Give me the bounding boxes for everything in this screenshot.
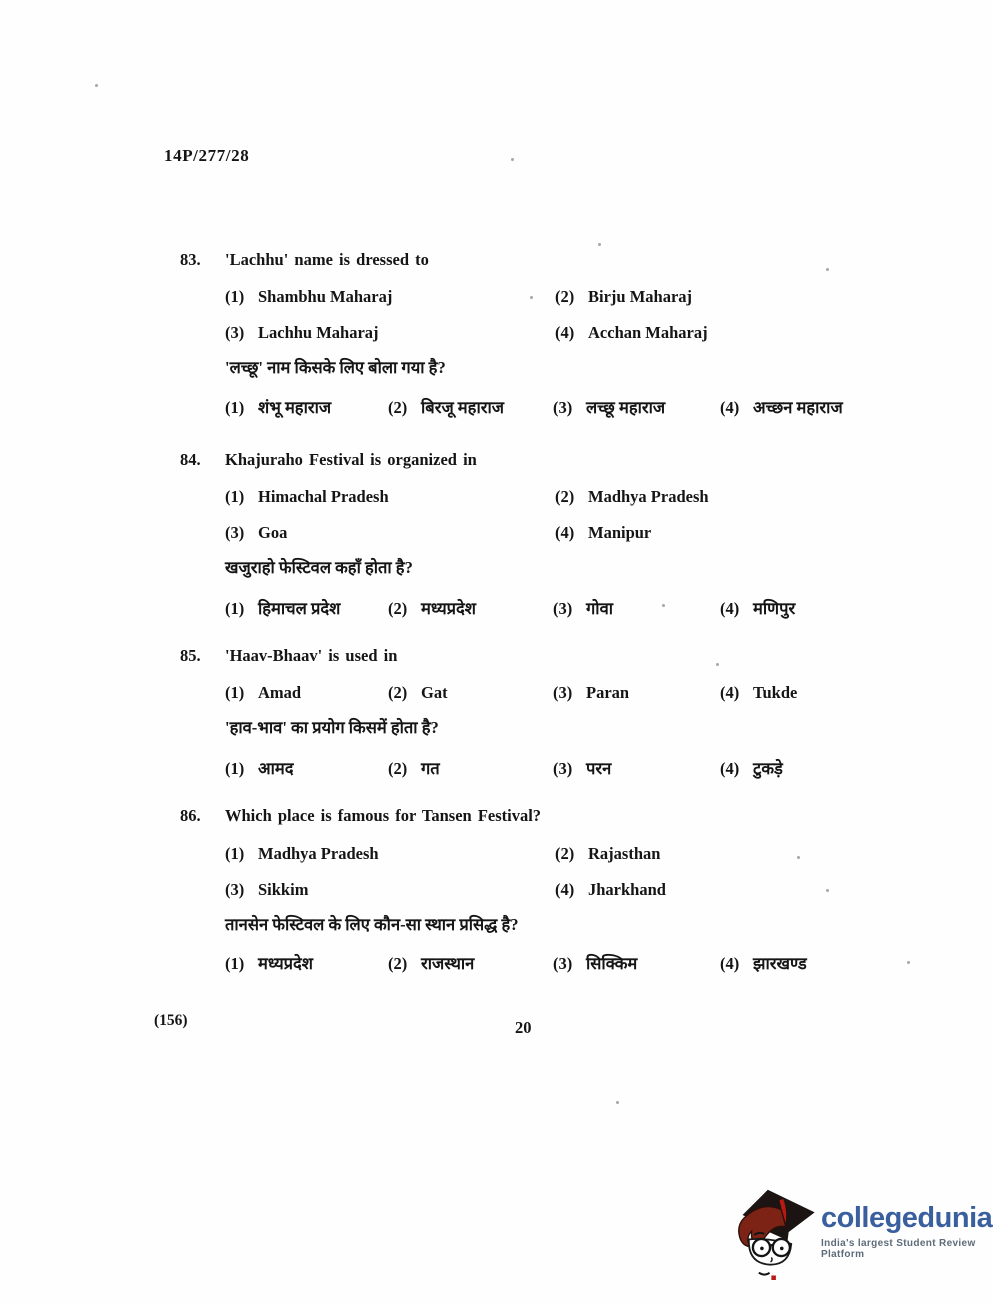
scan-speck bbox=[826, 268, 829, 271]
option-hi-2: (2)गत bbox=[388, 756, 440, 779]
question-text-hi: खजुराहो फेस्टिवल कहाँ होता है? bbox=[225, 555, 413, 578]
option-text: लच्छू महाराज bbox=[586, 398, 665, 417]
option-text: टुकड़े bbox=[753, 759, 783, 778]
brand-tagline: India's largest Student Review Platform bbox=[821, 1238, 993, 1260]
option-text: मणिपुर bbox=[753, 599, 795, 618]
option-en-1: (1)Amad bbox=[225, 683, 301, 703]
scan-speck bbox=[511, 158, 514, 161]
option-en-2: (2)Birju Maharaj bbox=[555, 287, 692, 307]
option-en-1: (1)Himachal Pradesh bbox=[225, 487, 389, 507]
scan-speck bbox=[662, 604, 665, 607]
option-text: सिक्किम bbox=[586, 954, 637, 973]
options-row-en-2: (3)Goa (4)Manipur bbox=[225, 523, 945, 549]
options-row-en-1: (1)Madhya Pradesh (2)Rajasthan bbox=[225, 844, 945, 870]
option-hi-4: (4)टुकड़े bbox=[720, 756, 783, 779]
options-row-en: (1)Amad (2)Gat (3)Paran (4)Tukde bbox=[225, 683, 945, 709]
option-hi-1: (1)शंभू महाराज bbox=[225, 395, 331, 418]
question-text-hi-row: 'हाव-भाव' का प्रयोग किसमें होता है? bbox=[225, 715, 945, 741]
question-text-en: 'Lachhu' name is dressed to bbox=[225, 250, 429, 269]
question-text-hi: तानसेन फेस्टिवल के लिए कौन-सा स्थान प्रस… bbox=[225, 912, 518, 935]
option-text: Jharkhand bbox=[588, 880, 666, 899]
option-label: (4) bbox=[555, 523, 588, 543]
option-text: गोवा bbox=[586, 599, 613, 618]
option-en-2: (2)Rajasthan bbox=[555, 844, 660, 864]
option-text: गत bbox=[421, 759, 440, 778]
scan-speck bbox=[797, 856, 800, 859]
question-text-hi-row: 'लच्छू' नाम किसके लिए बोला गया है? bbox=[225, 355, 945, 381]
option-text: राजस्थान bbox=[421, 954, 474, 973]
scan-speck bbox=[716, 663, 719, 666]
collegedunia-logo-text: collegedunia .com India's largest Studen… bbox=[821, 1188, 993, 1260]
scan-speck bbox=[530, 296, 533, 299]
option-label: (1) bbox=[225, 599, 258, 619]
paper-code: 14P/277/28 bbox=[164, 146, 249, 166]
option-en-2: (2)Gat bbox=[388, 683, 448, 703]
option-label: (3) bbox=[553, 759, 586, 779]
option-hi-4: (4)अच्छन महाराज bbox=[720, 395, 843, 418]
option-en-4: (4)Manipur bbox=[555, 523, 651, 543]
option-hi-3: (3)सिक्किम bbox=[553, 951, 637, 974]
scan-speck bbox=[598, 243, 601, 246]
question-text-en: Which place is famous for Tansen Festiva… bbox=[225, 806, 541, 825]
option-text: बिरजू महाराज bbox=[421, 398, 504, 417]
option-label: (1) bbox=[225, 759, 258, 779]
option-text: Paran bbox=[586, 683, 629, 702]
scan-speck bbox=[907, 961, 910, 964]
option-text: Goa bbox=[258, 523, 287, 542]
option-label: (2) bbox=[388, 759, 421, 779]
option-label: (1) bbox=[225, 954, 258, 974]
option-label: (4) bbox=[555, 323, 588, 343]
option-en-4: (4)Tukde bbox=[720, 683, 797, 703]
question-heading: 86.Which place is famous for Tansen Fest… bbox=[180, 806, 541, 826]
question-text-en: Khajuraho Festival is organized in bbox=[225, 450, 477, 469]
option-label: (3) bbox=[553, 398, 586, 418]
option-hi-4: (4)झारखण्ड bbox=[720, 951, 807, 974]
option-en-3: (3)Sikkim bbox=[225, 880, 308, 900]
option-hi-2: (2)राजस्थान bbox=[388, 951, 474, 974]
question-block-86: 86.Which place is famous for Tansen Fest… bbox=[0, 806, 993, 991]
option-text: आमद bbox=[258, 759, 294, 778]
options-row-hi: (1)आमद (2)गत (3)परन (4)टुकड़े bbox=[225, 756, 945, 782]
question-text-hi: 'हाव-भाव' का प्रयोग किसमें होता है? bbox=[225, 715, 439, 738]
option-en-1: (1)Shambhu Maharaj bbox=[225, 287, 392, 307]
booklet-series: (156) bbox=[154, 1012, 188, 1030]
option-text: अच्छन महाराज bbox=[753, 398, 843, 417]
option-label: (2) bbox=[555, 487, 588, 507]
option-text: Himachal Pradesh bbox=[258, 487, 389, 506]
question-block-83: 83.'Lachhu' name is dressed to (1)Shambh… bbox=[0, 250, 993, 435]
option-label: (1) bbox=[225, 287, 258, 307]
option-label: (3) bbox=[553, 954, 586, 974]
option-label: (2) bbox=[388, 398, 421, 418]
option-text: Rajasthan bbox=[588, 844, 660, 863]
question-number: 84. bbox=[180, 450, 225, 470]
option-label: (4) bbox=[720, 954, 753, 974]
option-label: (4) bbox=[720, 398, 753, 418]
option-label: (3) bbox=[553, 683, 586, 703]
page-number: 20 bbox=[515, 1018, 532, 1038]
option-text: Madhya Pradesh bbox=[588, 487, 709, 506]
options-row-en-1: (1)Shambhu Maharaj (2)Birju Maharaj bbox=[225, 287, 945, 313]
question-number: 83. bbox=[180, 250, 225, 270]
option-label: (3) bbox=[225, 323, 258, 343]
option-en-3: (3)Paran bbox=[553, 683, 629, 703]
option-label: (2) bbox=[555, 844, 588, 864]
options-row-hi: (1)शंभू महाराज (2)बिरजू महाराज (3)लच्छू … bbox=[225, 395, 945, 421]
option-label: (3) bbox=[225, 523, 258, 543]
option-text: Amad bbox=[258, 683, 301, 702]
question-heading: 84.Khajuraho Festival is organized in bbox=[180, 450, 477, 470]
option-text: Gat bbox=[421, 683, 448, 702]
question-block-84: 84.Khajuraho Festival is organized in (1… bbox=[0, 450, 993, 635]
question-number: 85. bbox=[180, 646, 225, 666]
option-label: (1) bbox=[225, 683, 258, 703]
question-text-hi: 'लच्छू' नाम किसके लिए बोला गया है? bbox=[225, 355, 446, 378]
option-en-3: (3)Goa bbox=[225, 523, 287, 543]
option-label: (4) bbox=[720, 599, 753, 619]
options-row-en-2: (3)Sikkim (4)Jharkhand bbox=[225, 880, 945, 906]
option-label: (2) bbox=[388, 954, 421, 974]
option-text: परन bbox=[586, 759, 611, 778]
question-text-hi-row: तानसेन फेस्टिवल के लिए कौन-सा स्थान प्रस… bbox=[225, 912, 945, 938]
option-label: (2) bbox=[388, 683, 421, 703]
option-text: Acchan Maharaj bbox=[588, 323, 708, 342]
option-en-2: (2)Madhya Pradesh bbox=[555, 487, 709, 507]
option-hi-3: (3)लच्छू महाराज bbox=[553, 395, 665, 418]
option-text: Shambhu Maharaj bbox=[258, 287, 392, 306]
option-hi-1: (1)मध्यप्रदेश bbox=[225, 951, 313, 974]
option-text: Birju Maharaj bbox=[588, 287, 692, 306]
question-text-hi-row: खजुराहो फेस्टिवल कहाँ होता है? bbox=[225, 555, 945, 581]
option-label: (2) bbox=[555, 287, 588, 307]
option-hi-4: (4)मणिपुर bbox=[720, 596, 795, 619]
option-label: (1) bbox=[225, 398, 258, 418]
option-en-3: (3)Lachhu Maharaj bbox=[225, 323, 379, 343]
option-text: मध्यप्रदेश bbox=[258, 954, 313, 973]
option-en-4: (4)Jharkhand bbox=[555, 880, 666, 900]
question-number: 86. bbox=[180, 806, 225, 826]
options-row-hi: (1)हिमाचल प्रदेश (2)मध्यप्रदेश (3)गोवा (… bbox=[225, 596, 945, 622]
scan-speck bbox=[95, 84, 98, 87]
option-label: (3) bbox=[225, 880, 258, 900]
options-row-en-1: (1)Himachal Pradesh (2)Madhya Pradesh bbox=[225, 487, 945, 513]
brand-name: collegedunia bbox=[821, 1204, 992, 1233]
option-text: Sikkim bbox=[258, 880, 308, 899]
options-row-en-2: (3)Lachhu Maharaj (4)Acchan Maharaj bbox=[225, 323, 945, 349]
option-text: Lachhu Maharaj bbox=[258, 323, 379, 342]
option-hi-1: (1)हिमाचल प्रदेश bbox=[225, 596, 340, 619]
option-label: (1) bbox=[225, 844, 258, 864]
options-row-hi: (1)मध्यप्रदेश (2)राजस्थान (3)सिक्किम (4)… bbox=[225, 951, 945, 977]
option-label: (3) bbox=[553, 599, 586, 619]
option-hi-2: (2)मध्यप्रदेश bbox=[388, 596, 476, 619]
option-text: Madhya Pradesh bbox=[258, 844, 379, 863]
scan-speck bbox=[616, 1101, 619, 1104]
option-label: (4) bbox=[720, 683, 753, 703]
option-label: (2) bbox=[388, 599, 421, 619]
option-hi-1: (1)आमद bbox=[225, 756, 294, 779]
option-text: Tukde bbox=[753, 683, 797, 702]
collegedunia-mascot-icon bbox=[733, 1188, 817, 1280]
option-hi-2: (2)बिरजू महाराज bbox=[388, 395, 504, 418]
question-heading: 83.'Lachhu' name is dressed to bbox=[180, 250, 429, 270]
option-en-1: (1)Madhya Pradesh bbox=[225, 844, 379, 864]
option-hi-3: (3)गोवा bbox=[553, 596, 613, 619]
scan-speck bbox=[826, 889, 829, 892]
option-text: Manipur bbox=[588, 523, 651, 542]
option-text: शंभू महाराज bbox=[258, 398, 331, 417]
option-label: (1) bbox=[225, 487, 258, 507]
collegedunia-logo: collegedunia .com India's largest Studen… bbox=[733, 1188, 991, 1280]
question-heading: 85.'Haav-Bhaav' is used in bbox=[180, 646, 397, 666]
option-en-4: (4)Acchan Maharaj bbox=[555, 323, 708, 343]
option-text: झारखण्ड bbox=[753, 954, 807, 973]
option-text: हिमाचल प्रदेश bbox=[258, 599, 340, 618]
option-text: मध्यप्रदेश bbox=[421, 599, 476, 618]
scanned-exam-page: 14P/277/28 83.'Lachhu' name is dressed t… bbox=[0, 0, 993, 1303]
question-block-85: 85.'Haav-Bhaav' is used in (1)Amad (2)Ga… bbox=[0, 646, 993, 791]
option-label: (4) bbox=[555, 880, 588, 900]
option-hi-3: (3)परन bbox=[553, 756, 611, 779]
question-text-en: 'Haav-Bhaav' is used in bbox=[225, 646, 397, 665]
option-label: (4) bbox=[720, 759, 753, 779]
